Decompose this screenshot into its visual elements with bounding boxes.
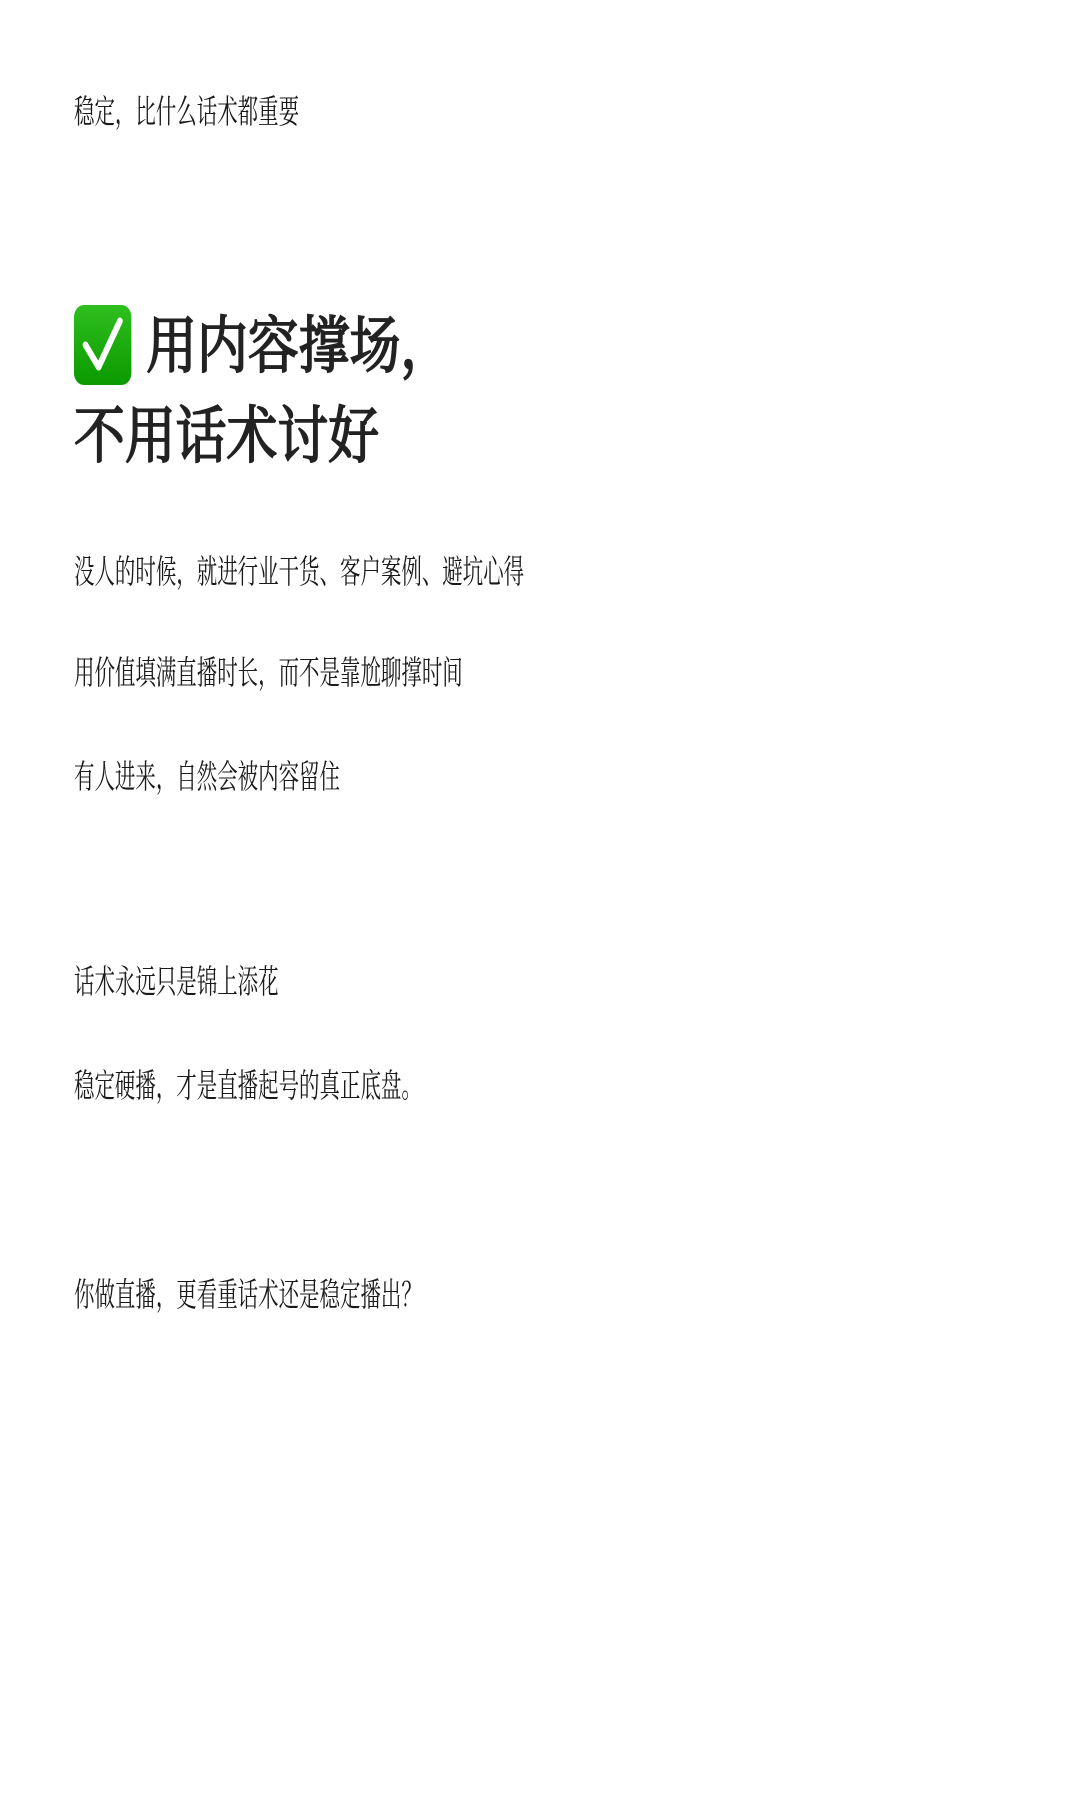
section-heading-line-1: 用内容撑场，: [74, 310, 451, 391]
paragraph: 话术永远只是锦上添花: [74, 962, 279, 1002]
check-mark-button-icon: [74, 305, 131, 385]
paragraph: 没人的时候，就进行业干货、客户案例、避坑心得: [74, 552, 524, 592]
closing-question: 你做直播，更看重话术还是稳定播出？: [74, 1275, 422, 1315]
heading-text-1: 用内容撑场，: [146, 309, 451, 382]
paragraph: 用价值填满直播时长，而不是靠尬聊撑时间: [74, 653, 463, 693]
section-heading-line-2: 不用话术讨好: [74, 400, 379, 472]
paragraph: 有人进来，自然会被内容留住: [74, 757, 340, 797]
paragraph: 稳定硬播，才是直播起号的真正底盘。: [74, 1066, 422, 1106]
intro-line: 稳定，比什么话术都重要: [74, 92, 299, 132]
